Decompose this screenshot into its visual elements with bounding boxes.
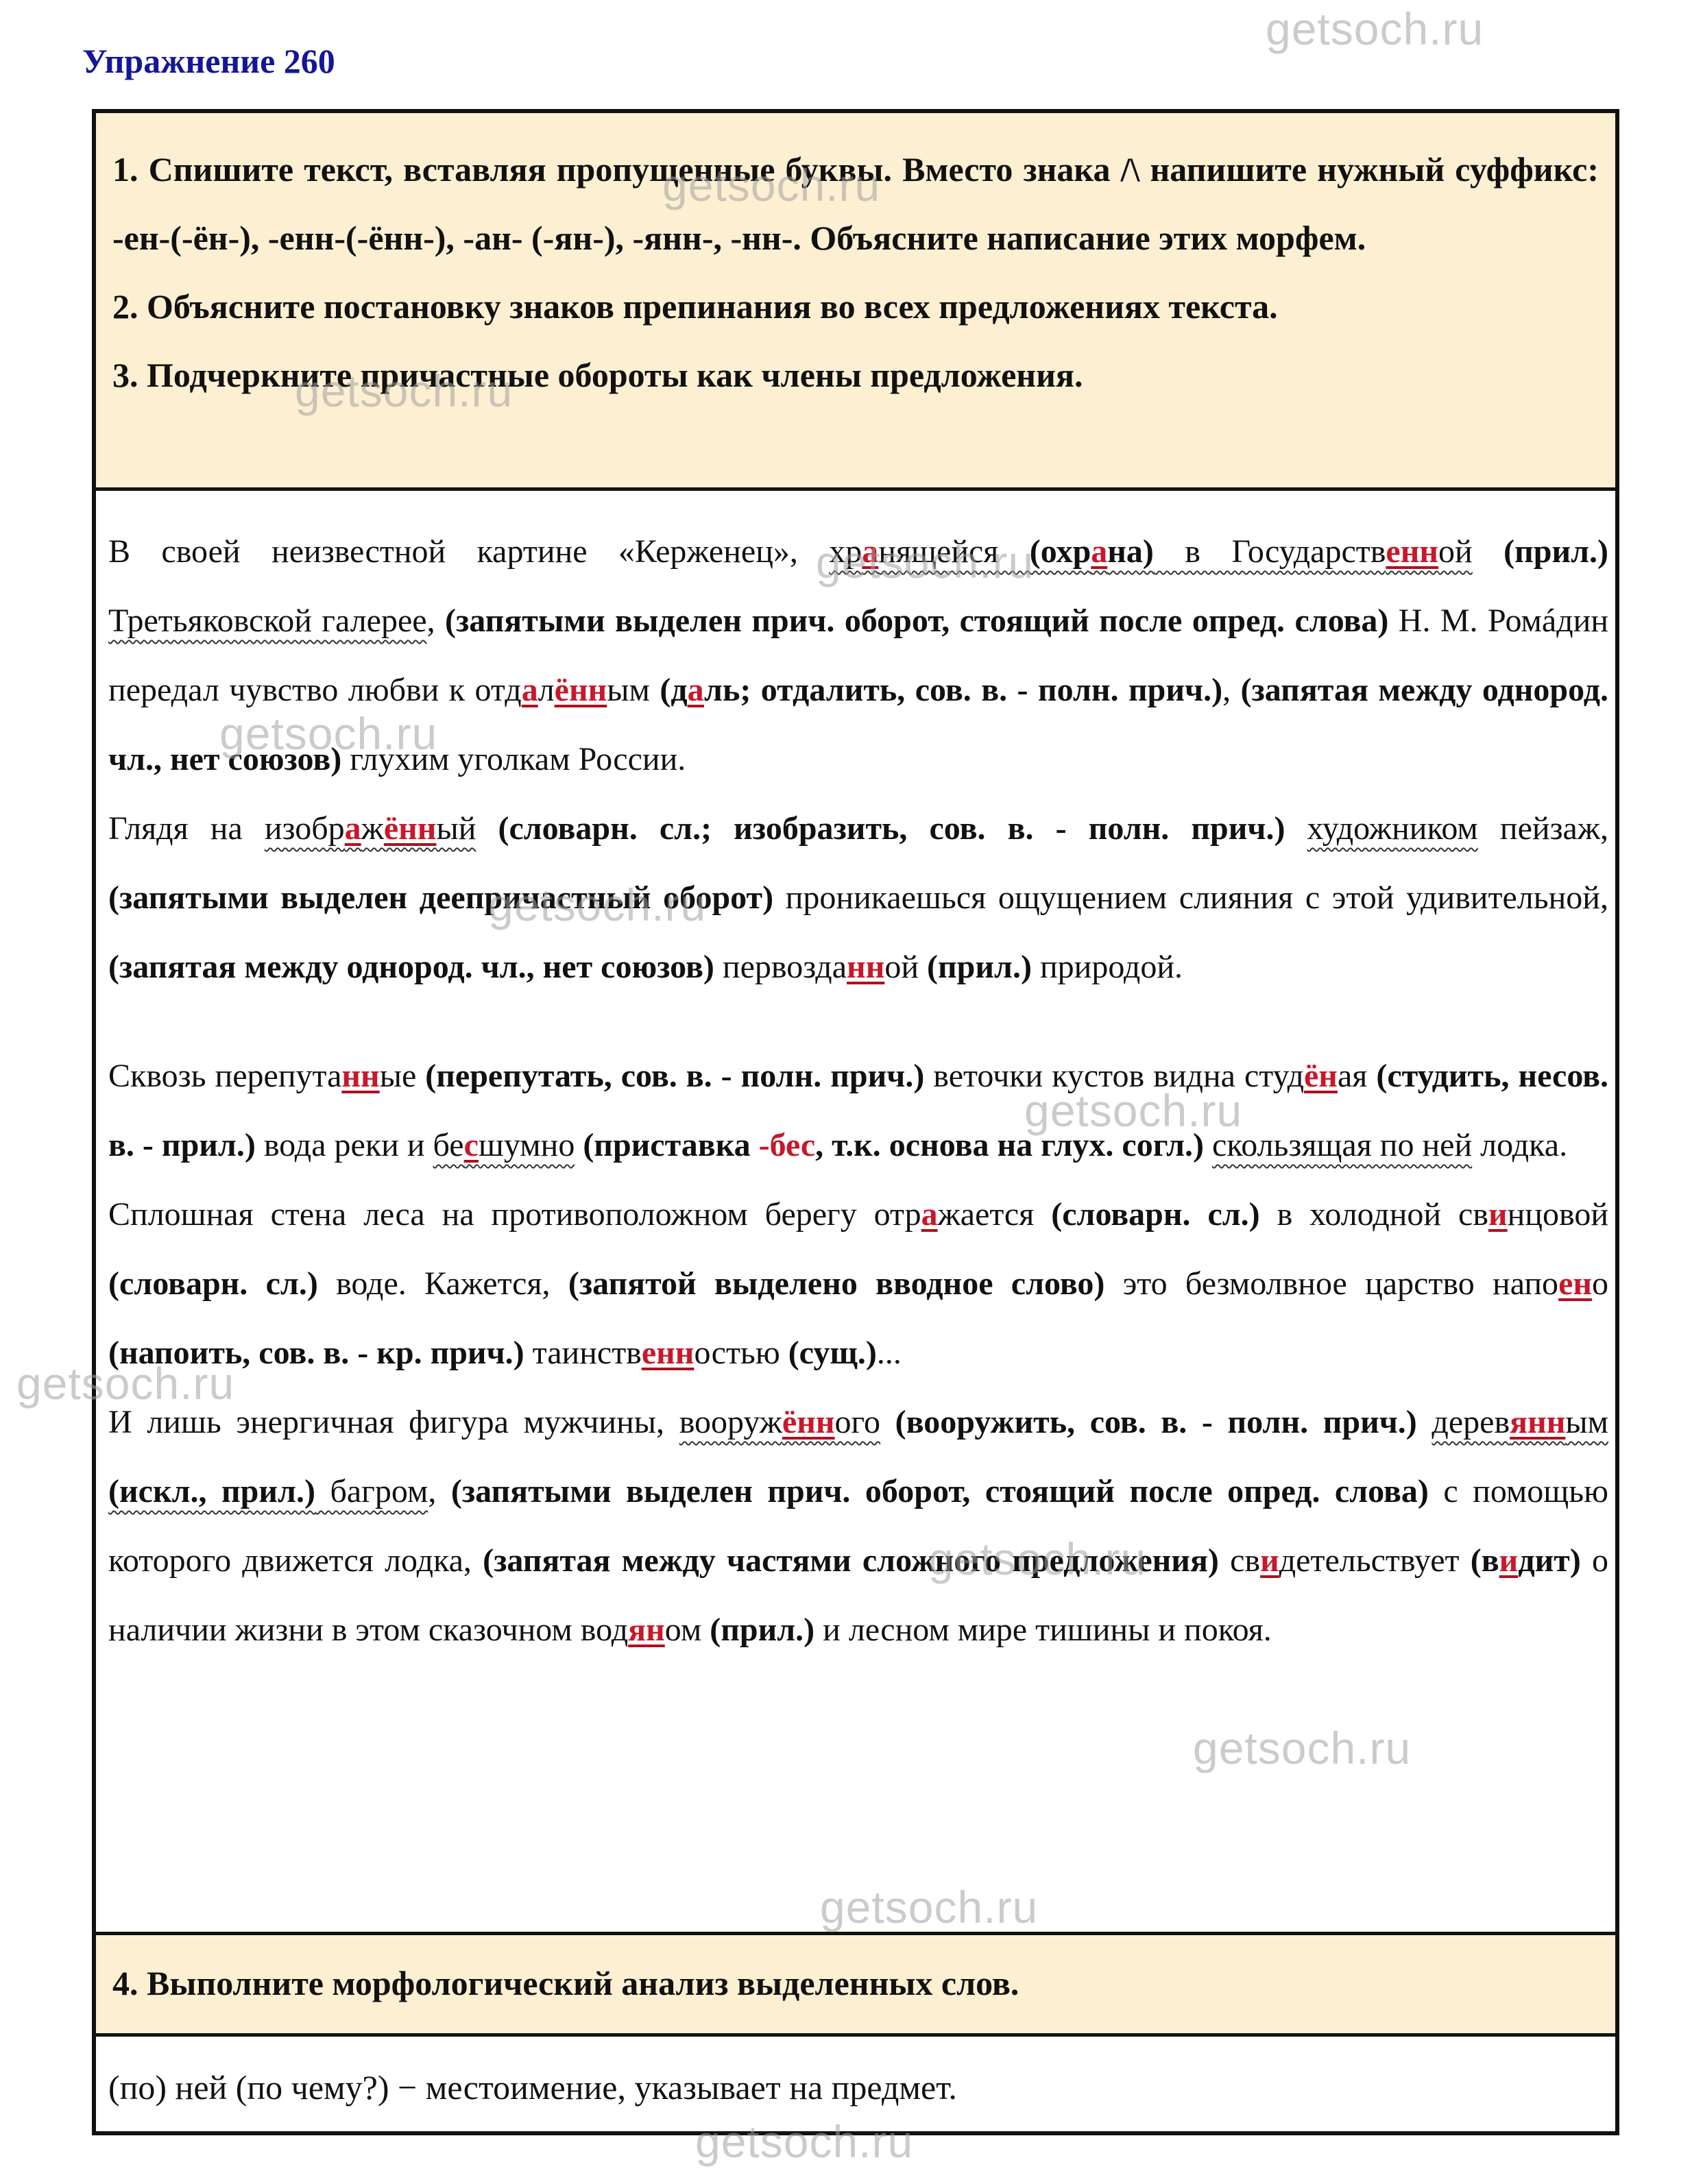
punctuation-note: (запятыми выделен прич. оборот, стоящий …	[451, 1473, 1429, 1509]
paragraph-3: Сквозь перепутанные (перепутать, сов. в.…	[108, 1041, 1608, 1180]
participle-phrase: скользящая по ней	[1212, 1127, 1472, 1163]
participle-phrase: вооружённого	[679, 1404, 880, 1440]
punctuation-note: (запятая между частями сложного предложе…	[483, 1542, 1219, 1579]
inserted-letter: и	[1488, 1196, 1508, 1233]
exercise-text: В своей неизвестной картине «Керженец», …	[96, 491, 1615, 1935]
watermark: getsoch.ru	[1266, 3, 1484, 55]
paragraph-5: И лишь энергичная фигура мужчины, вооруж…	[108, 1387, 1608, 1664]
inserted-suffix: янн	[1510, 1404, 1565, 1440]
answer-section: (по) ней (по чему?) − местоимение, указы…	[96, 2037, 1615, 2135]
inserted-letter: и	[1499, 1542, 1519, 1579]
inserted-suffix: енн	[1386, 533, 1438, 570]
task-instructions: 1. Спишите текст, вставляя пропущенные б…	[96, 113, 1615, 491]
exercise-table: 1. Спишите текст, вставляя пропущенные б…	[92, 109, 1619, 2135]
punctuation-note: (запятыми выделен прич. оборот, стоящий …	[445, 603, 1388, 639]
inserted-letter: с	[464, 1127, 479, 1163]
punctuation-note: (запятой выделено вводное слово)	[568, 1265, 1105, 1302]
inserted-suffix: енн	[642, 1335, 695, 1371]
underlined-word: бесшумно	[433, 1127, 575, 1163]
inserted-letter: а	[1091, 533, 1107, 570]
task-2: 2. Объясните постановку знаков препинани…	[112, 272, 1599, 341]
task-4: 4. Выполните морфологический анализ выде…	[112, 1963, 1599, 2004]
inserted-suffix: ён	[1304, 1058, 1338, 1094]
inserted-letter: а	[345, 810, 361, 847]
inserted-suffix: ённ	[782, 1404, 835, 1440]
inserted-letter: а	[688, 672, 704, 708]
inserted-suffix: ян	[628, 1612, 665, 1648]
inserted-letter: а	[921, 1196, 938, 1233]
prefix-highlight: -бес	[759, 1127, 816, 1163]
paragraph-1: В своей неизвестной картине «Керженец», …	[108, 517, 1608, 794]
participle-phrase: изображённый	[265, 810, 476, 847]
task-4-header: 4. Выполните морфологический анализ выде…	[96, 1935, 1615, 2037]
participle-phrase: художником	[1307, 810, 1478, 847]
inserted-suffix: ённ	[384, 810, 437, 847]
paragraph-4: Сплошная стена леса на противоположном б…	[108, 1180, 1608, 1387]
task-1: 1. Спишите текст, вставляя пропущенные б…	[112, 135, 1599, 272]
punctuation-note: (запятая между однород. чл., нет союзов)	[108, 949, 714, 985]
participle-phrase: хранящейся (охрана) в Государственной	[829, 533, 1472, 570]
inserted-letter: а	[522, 672, 538, 708]
morphological-analysis: (по) ней (по чему?) − местоимение, указы…	[108, 2060, 1603, 2115]
paragraph-2: Глядя на изображённый (словарн. сл.; изо…	[108, 794, 1608, 1002]
task-3: 3. Подчеркните причастные обороты как чл…	[112, 341, 1599, 409]
exercise-title: Упражнение 260	[82, 41, 335, 81]
inserted-suffix: ённ	[555, 672, 607, 708]
participle-phrase: Третьяковской галерее	[108, 603, 427, 639]
inserted-suffix: ен	[1558, 1265, 1592, 1302]
inserted-suffix: нн	[847, 949, 884, 985]
inserted-suffix: нн	[341, 1058, 379, 1094]
punctuation-note: (запятыми выделен деепричастный оборот)	[108, 879, 773, 916]
inserted-letter: а	[862, 533, 878, 570]
inserted-letter: и	[1260, 1542, 1279, 1579]
